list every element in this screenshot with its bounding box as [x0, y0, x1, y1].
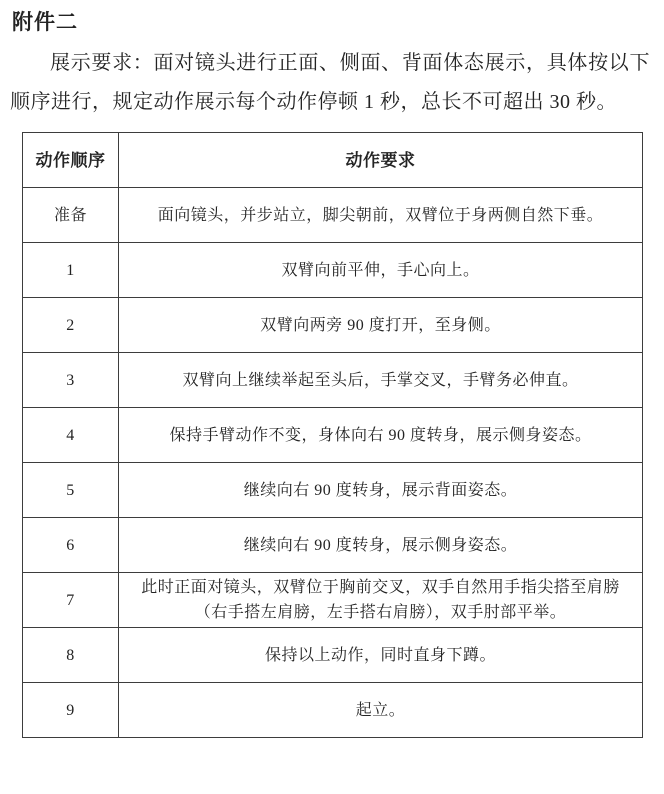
requirement-cell: 保持以上动作，同时直身下蹲。	[119, 628, 643, 683]
table-row: 准备 面向镜头，并步站立，脚尖朝前，双臂位于身两侧自然下垂。	[23, 188, 643, 243]
order-cell: 1	[23, 243, 119, 298]
table-row: 7 此时正面对镜头，双臂位于胸前交叉，双手自然用手指尖搭至肩膀（右手搭左肩膀，左…	[23, 573, 643, 628]
table-row: 4 保持手臂动作不变，身体向右 90 度转身，展示侧身姿态。	[23, 408, 643, 463]
attachment-title: 附件二	[12, 8, 650, 36]
order-cell: 8	[23, 628, 119, 683]
order-cell: 9	[23, 683, 119, 738]
table-row: 6 继续向右 90 度转身，展示侧身姿态。	[23, 518, 643, 573]
requirement-cell: 继续向右 90 度转身，展示背面姿态。	[119, 463, 643, 518]
order-cell: 3	[23, 353, 119, 408]
requirement-cell: 起立。	[119, 683, 643, 738]
action-table: 动作顺序 动作要求 准备 面向镜头，并步站立，脚尖朝前，双臂位于身两侧自然下垂。…	[22, 132, 643, 738]
table-header-order: 动作顺序	[23, 133, 119, 188]
requirement-cell: 继续向右 90 度转身，展示侧身姿态。	[119, 518, 643, 573]
table-row: 8 保持以上动作，同时直身下蹲。	[23, 628, 643, 683]
table-row: 1 双臂向前平伸，手心向上。	[23, 243, 643, 298]
intro-paragraph: 展示要求：面对镜头进行正面、侧面、背面体态展示，具体按以下顺序进行，规定动作展示…	[10, 44, 650, 122]
requirement-cell: 双臂向上继续举起至头后，手掌交叉，手臂务必伸直。	[119, 353, 643, 408]
table-row: 9 起立。	[23, 683, 643, 738]
order-cell: 2	[23, 298, 119, 353]
table-row: 5 继续向右 90 度转身，展示背面姿态。	[23, 463, 643, 518]
requirement-cell: 双臂向前平伸，手心向上。	[119, 243, 643, 298]
order-cell: 6	[23, 518, 119, 573]
order-cell: 5	[23, 463, 119, 518]
order-cell: 4	[23, 408, 119, 463]
requirement-cell: 此时正面对镜头，双臂位于胸前交叉，双手自然用手指尖搭至肩膀（右手搭左肩膀，左手搭…	[119, 573, 643, 628]
order-cell: 7	[23, 573, 119, 628]
order-cell: 准备	[23, 188, 119, 243]
requirement-cell: 面向镜头，并步站立，脚尖朝前，双臂位于身两侧自然下垂。	[119, 188, 643, 243]
table-row: 3 双臂向上继续举起至头后，手掌交叉，手臂务必伸直。	[23, 353, 643, 408]
table-header-requirement: 动作要求	[119, 133, 643, 188]
table-header-row: 动作顺序 动作要求	[23, 133, 643, 188]
requirement-cell: 双臂向两旁 90 度打开，至身侧。	[119, 298, 643, 353]
requirement-cell: 保持手臂动作不变，身体向右 90 度转身，展示侧身姿态。	[119, 408, 643, 463]
table-row: 2 双臂向两旁 90 度打开，至身侧。	[23, 298, 643, 353]
